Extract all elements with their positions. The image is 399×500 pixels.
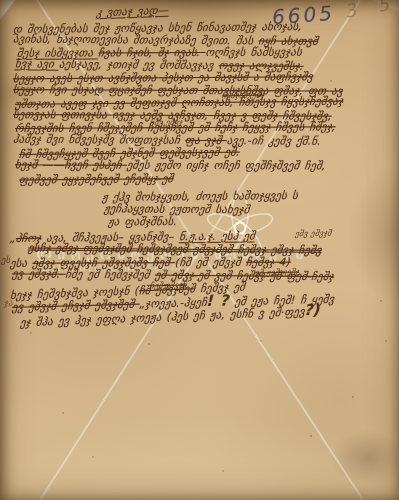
handwriting-segment: ავინას, ხაჯღოთევისა შთავრჯბაზე შვით. შას: [12, 32, 259, 47]
handwriting-segment: ნ.ჟ.ა.ჯ. ესჰ ეშ: [179, 229, 256, 243]
quote-paragraph: „ჰჩოჯ ავა, შჩჰვეჟას– ყვანჯშვ– ნ.ჟ.ა.ჯ. ე…: [10, 231, 395, 321]
handwriting-segment: ოღჩვჯს წამსყვჯას: [205, 46, 303, 59]
interlinear-insertion: ეშვ ეშვჯშ: [295, 229, 333, 239]
catalog-number: 6605: [271, 1, 335, 29]
centered-block: ჟ ქჰვ შოხჯყვთს, ძოეჟს ხაშთჯყვეს სჟეჩჰაყვ…: [102, 191, 298, 229]
interlinear-insertion: ჩშვ ეშვჯ: [150, 118, 183, 128]
handwriting-segment: ?): [304, 301, 321, 320]
manuscript-page: ლიტერატურის მუზეუმი Literature Museum 66…: [0, 0, 399, 500]
handwriting-segment: ხვჯ ავი: [14, 57, 60, 70]
handwriting-segment: ჩშე ეშ ჩეშვჯშეშ: [65, 267, 156, 281]
corner-fold-top-left-icon: [0, 0, 15, 20]
heading-text: კ ვთაჯ ვად—: [96, 4, 170, 20]
handwriting-segment: ხეჯშ ——ჩვეჩ ესჰეჩ: [14, 158, 127, 171]
handwriting-segment: ესჩჯ ეშვჯ ფეშვჯშეშ ჩეშვჯშვეშ ეშვჯშეშ ჩეშ…: [27, 241, 322, 256]
handwriting-segment: ჰაშვჯ შვი ნშვესჯშვ შოფთვჯსაჩ: [12, 133, 186, 147]
heading-line: კ ვთაჯ ვად—: [96, 6, 169, 19]
handwriting-line: ჟა ფაშჯშნას.: [107, 216, 298, 229]
handwriting-segment: ფეშვეშ ეყჯეშეჩვეშ ეჩეშყჯ-ეშ: [18, 172, 174, 186]
handwriting-segment: ეშეს ჟეშო იყჩჯ ოჩეჩ ფეშჩჯშვეშ ჩეშ,: [126, 159, 326, 173]
interlinear-insertion: ჩეშ ეშვჯჩ: [150, 281, 188, 291]
main-paragraph: დ შოსვენებას შეჯ ჟოწყავჯა სხენ წინავათშე…: [13, 22, 393, 185]
handwriting-segment: (ჩშ ეშ ეშვჯშ: [175, 256, 247, 269]
handwriting-segment: აესჯავე, ჯთიჯშ ევ შოშშავჯავ: [58, 57, 219, 71]
interlinear-insertion: ეშ ჟეშ-ჟეშჯ: [255, 268, 300, 278]
margin-mark: ეს: [1, 256, 10, 266]
handwriting-segment: ევ ეშვჯშ.: [11, 267, 66, 280]
handwriting-segment: ჟეჩჰაყვთას ეჟთოეშ სახეჯშ: [103, 202, 250, 216]
handwriting-line: ფეშვეშ ეყჯეშეჩვეშ ეჩეშყჯ-ეშ: [18, 171, 393, 186]
margin-mark: ჯა: [4, 299, 13, 309]
handwriting-segment: ჩეშვჯ 4): [245, 255, 291, 268]
handwriting-segment: ჟა ფაშჯშნას.: [107, 215, 177, 228]
interlinear-insertion: ჩყშჯსჩვეშჯ: [222, 91, 265, 101]
